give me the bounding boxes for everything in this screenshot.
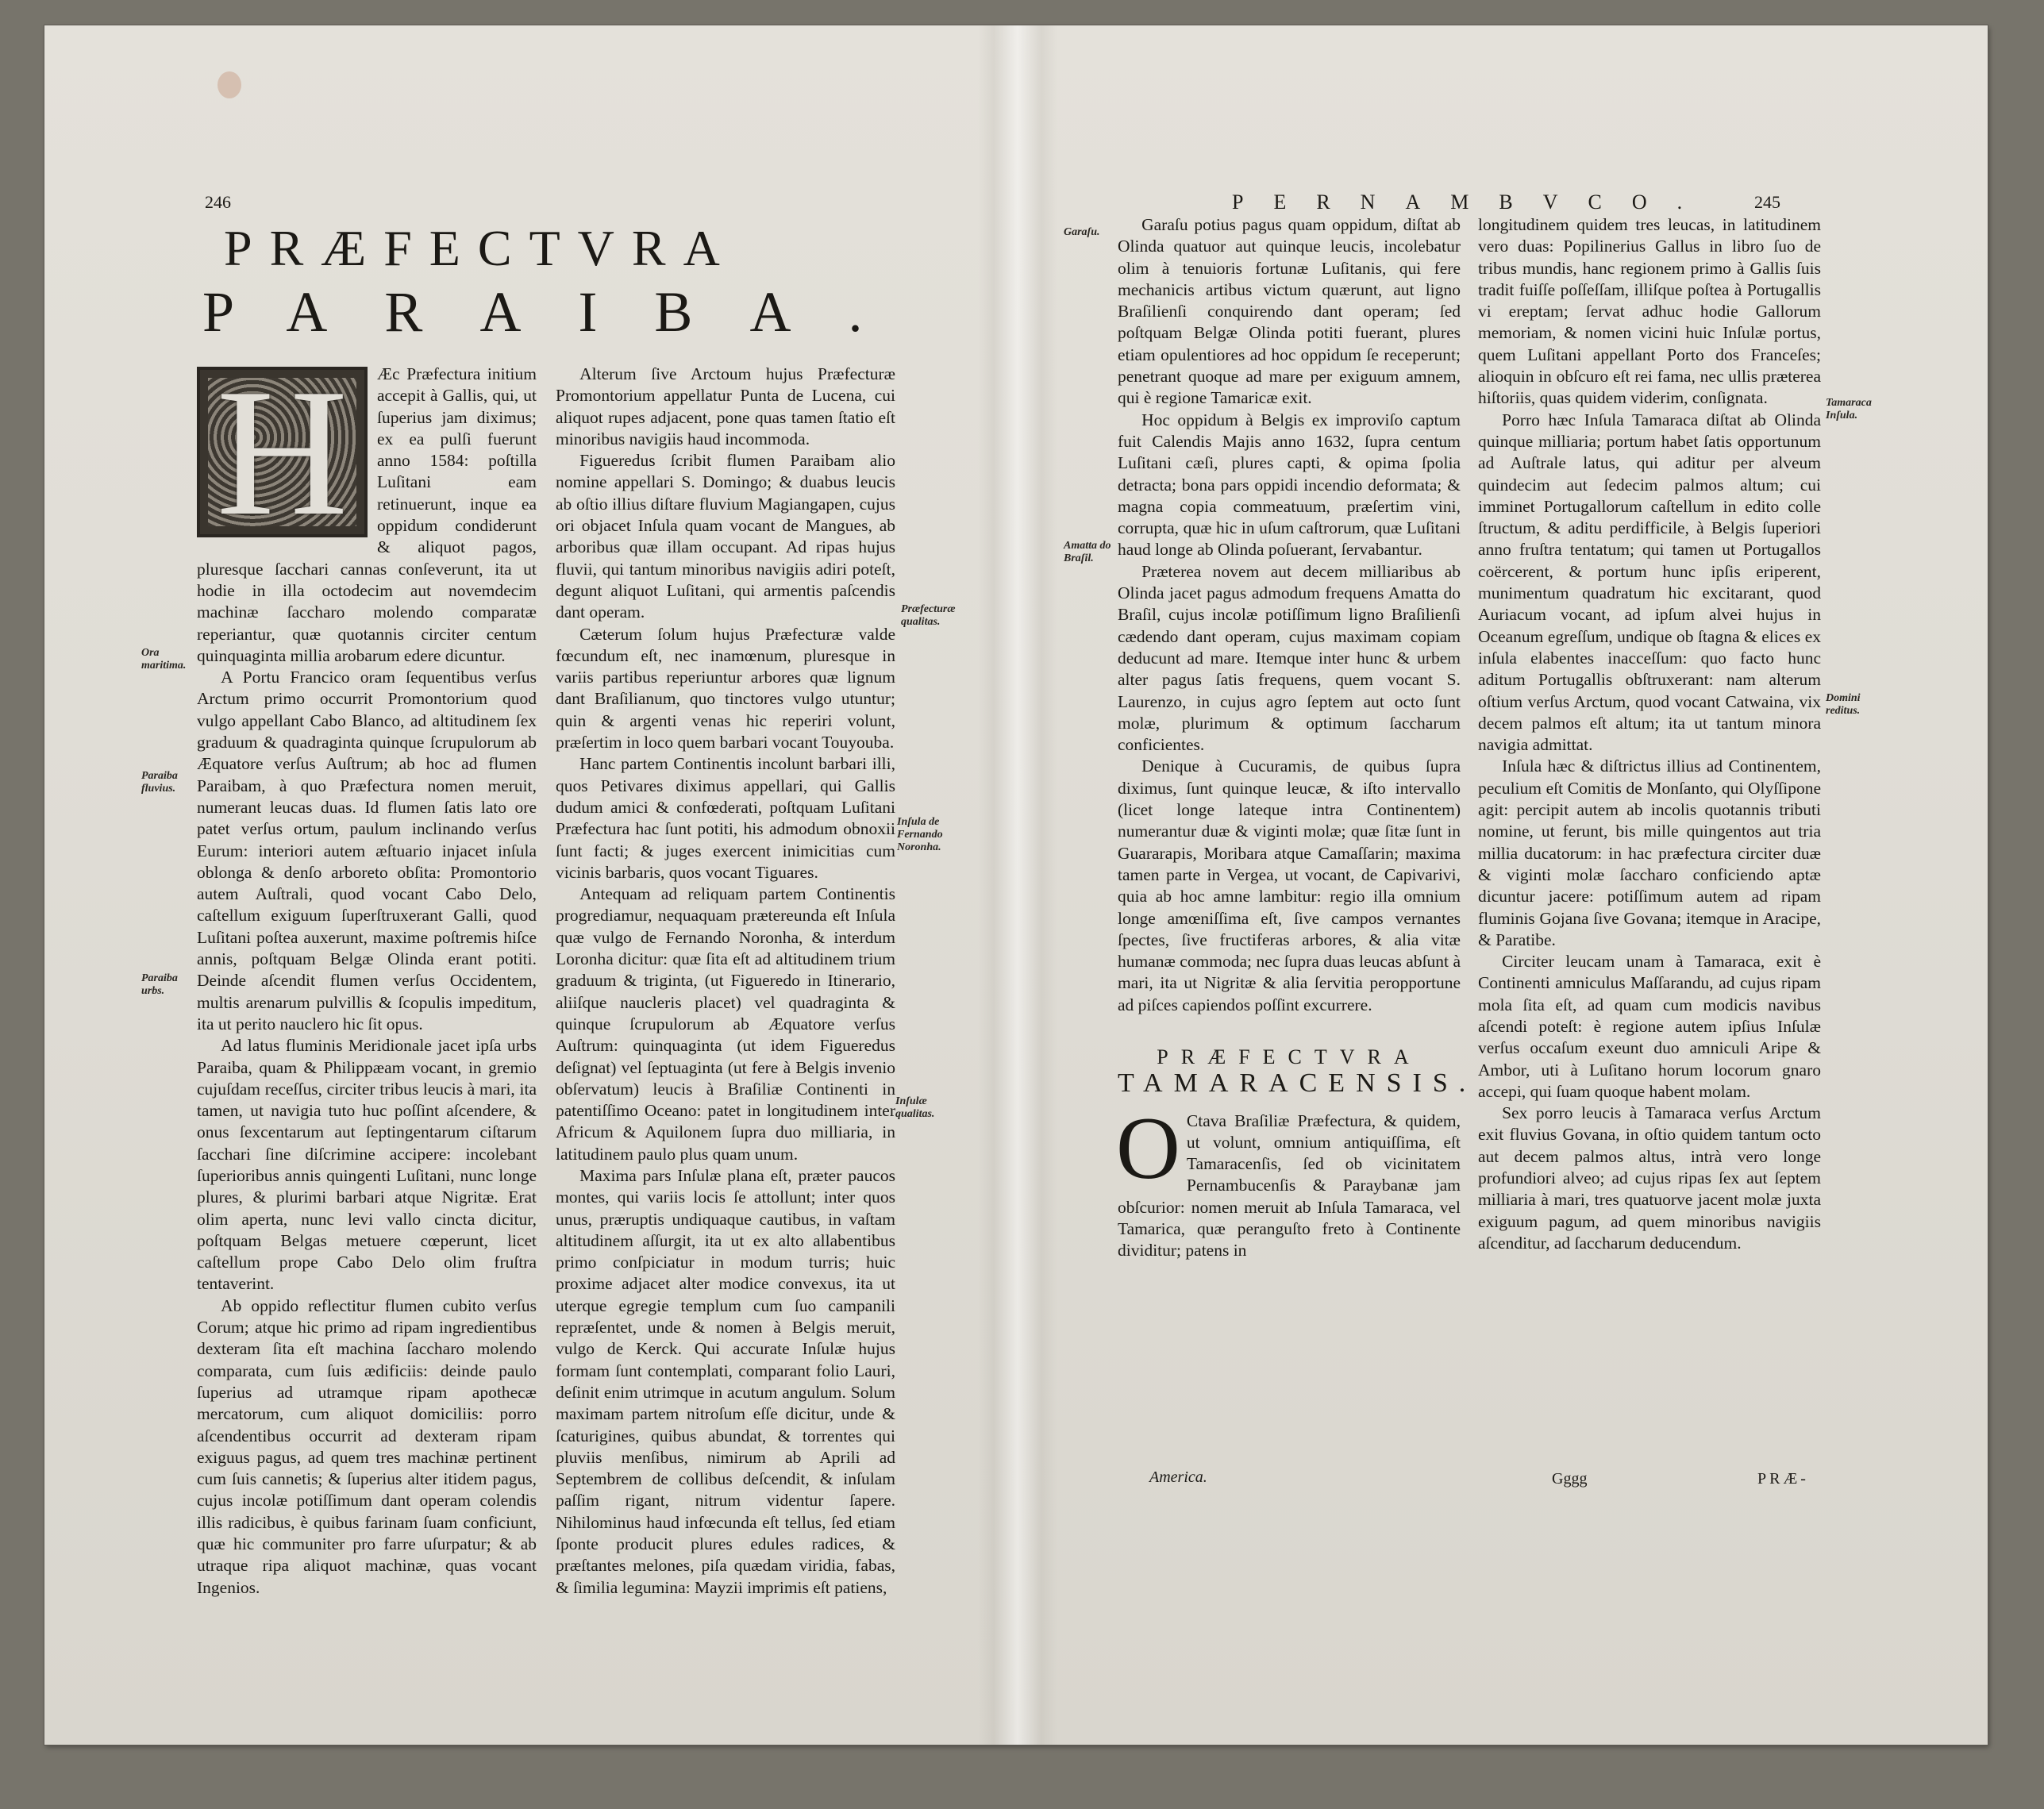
- paragraph: Figueredus ſcribit flumen Paraibam alio …: [556, 450, 895, 623]
- ornamental-drop-cap: H: [197, 367, 368, 537]
- paragraph: Hanc partem Continentis incolunt barbari…: [556, 753, 895, 883]
- paragraph: Alterum ſive Arctoum hujus Præfecturæ Pr…: [556, 364, 895, 450]
- margin-note-amatta: Amatta do Braſil.: [1064, 540, 1111, 565]
- signature-mark: Gggg: [1552, 1470, 1587, 1488]
- margin-note-urbs: Paraiba urbs.: [141, 972, 195, 998]
- right-column-2: longitudinem quidem tres leucas, in lati…: [1478, 214, 1821, 1254]
- tamaracensis-intro: O Ctava Braſiliæ Præfectura, & quidem, u…: [1118, 1110, 1461, 1262]
- section-title-line1: PRÆFECTVRA: [1118, 1046, 1461, 1068]
- paragraph: Antequam ad reliquam partem Continentis …: [556, 883, 895, 1165]
- paragraph: Ad latus fluminis Meridionale jacet ipſa…: [197, 1035, 537, 1295]
- paragraph: Inſula hæc & diſtrictus illius ad Contin…: [1478, 756, 1821, 951]
- foxing-spot: [217, 71, 241, 98]
- signature-note: America.: [1149, 1468, 1207, 1487]
- paragraph: Hoc oppidum à Belgis ex improviſo captum…: [1118, 410, 1461, 561]
- paragraph: A Portu Francico oram ſequentibus verſus…: [197, 667, 537, 1035]
- margin-note-insulae: Inſulæ qualitas.: [895, 1095, 959, 1121]
- left-column-2: Alterum ſive Arctoum hujus Præfecturæ Pr…: [556, 364, 895, 1599]
- margin-note-garasu: Garaſu.: [1064, 226, 1111, 239]
- paragraph: Denique à Cucuramis, de quibus ſupra dix…: [1118, 756, 1461, 1016]
- margin-note-tamaraca: Tamaraca Inſula.: [1826, 397, 1883, 422]
- right-page-number: 245: [1754, 192, 1780, 213]
- paragraph: Circiter leucam unam à Tamaraca, exit è …: [1478, 951, 1821, 1103]
- running-head: PERNAMBVCO.: [1232, 191, 1712, 214]
- section-heading: PRÆFECTVRA TAMARACENSIS.: [1118, 1046, 1461, 1095]
- left-title-line1: PRÆFECTVRA: [224, 219, 737, 278]
- paragraph: Sex porro leucis à Tamaraca verſus Arctu…: [1478, 1103, 1821, 1254]
- left-page-number: 246: [205, 192, 231, 213]
- left-column-1: H Æc Præfectura initium accepit à Gallis…: [197, 364, 537, 1599]
- paragraph: Ab oppido reflectitur flumen cubito verſ…: [197, 1295, 537, 1599]
- paragraph: Cæterum ſolum hujus Præfecturæ valde fœc…: [556, 624, 895, 754]
- paragraph: Præterea novem aut decem milliaribus ab …: [1118, 561, 1461, 756]
- center-fold: [978, 25, 1057, 1745]
- paragraph: longitudinem quidem tres leucas, in lati…: [1478, 214, 1821, 410]
- catchword: PRÆ-: [1757, 1470, 1809, 1488]
- paragraph: Garaſu potius pagus quam oppidum, diſtat…: [1118, 214, 1461, 410]
- section-title-line2: TAMARACENSIS.: [1118, 1072, 1461, 1094]
- margin-note-qualitas: Præfecturæ qualitas.: [901, 603, 964, 629]
- right-column-1: Garaſu potius pagus quam oppidum, diſtat…: [1118, 214, 1461, 1262]
- margin-note-fluvius: Paraiba fluvius.: [141, 770, 195, 795]
- margin-note-ora: Ora maritima.: [141, 647, 195, 672]
- paragraph: Porro hæc Inſula Tamaraca diſtat ab Olin…: [1478, 410, 1821, 756]
- margin-note-domini: Domini reditus.: [1826, 692, 1883, 718]
- margin-note-noronha: Inſula de Fernando Noronha.: [897, 816, 960, 854]
- paragraph: Maxima pars Inſulæ plana eſt, præter pau…: [556, 1165, 895, 1599]
- drop-cap-o: O: [1116, 1114, 1180, 1184]
- left-title-line2: PARAIBA.: [202, 279, 919, 345]
